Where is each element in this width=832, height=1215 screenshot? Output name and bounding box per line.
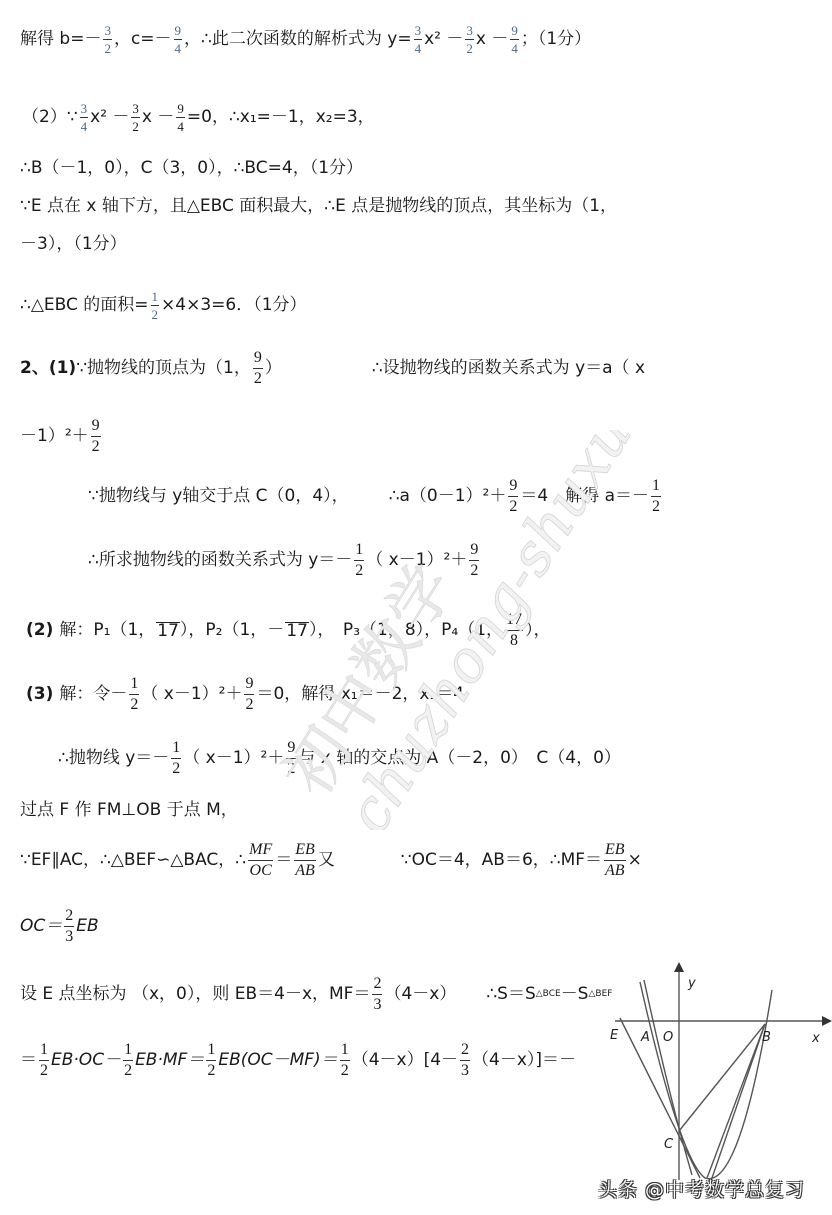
text: ∵EF∥AC，∴△BEF∽△BAC，∴ [20, 852, 246, 869]
point-p2: ），P₂（1，－ [180, 622, 284, 639]
fraction: 32 [131, 102, 140, 133]
text: （2）∵ [22, 109, 78, 126]
fraction: 94 [510, 24, 519, 55]
question-label: 2、(1) [20, 360, 76, 377]
sqrt-value: 17 [285, 622, 309, 640]
q2-part1-line1: 2、(1) ∵抛物线的顶点为（1， 92 ） ∴设抛物线的函数关系式为 y＝a（… [20, 350, 645, 387]
text: （ x－1）²＋ [366, 552, 467, 569]
solution-line-roots: （2）∵ 34 x² － 32 x － 94 =0，∴x₁=－1，x₂=3， [22, 102, 375, 133]
fraction: 34 [80, 102, 89, 133]
text: ，c=－ [114, 31, 172, 48]
q2-part3-line4: ∵EF∥AC，∴△BEF∽△BAC，∴ MFOC ＝ EBAB 又 ∵OC＝4，… [20, 842, 642, 879]
subscript: △BCE [536, 990, 561, 999]
question-label: (2) [26, 622, 53, 639]
label-x: x [811, 1031, 820, 1046]
fraction: 92 [469, 542, 479, 579]
fraction: 12 [39, 1042, 49, 1079]
text: ＝ [275, 852, 292, 869]
q2-part3-line7: ＝ 12 EB·OC－ 12 EB·MF＝ 12 EB(OC－MF)＝ 12 （… [20, 1042, 576, 1079]
label-B: B [762, 1030, 771, 1045]
text: 解：令－ [59, 686, 127, 703]
text: 设 E 点坐标为 （x，0），则 EB＝4－x，MF＝ [20, 986, 370, 1003]
text: EB·MF＝ [135, 1052, 204, 1069]
x-axis-arrow-icon [822, 1016, 832, 1026]
text: ＝ [20, 1052, 37, 1069]
text: ＝4 解得 a＝－ [520, 488, 649, 505]
fraction: 23 [460, 1042, 470, 1079]
fraction: 32 [103, 24, 112, 55]
text: EB [76, 918, 98, 935]
text: －S [561, 986, 589, 1003]
text: 与 x 轴的交点为 A（－2，0） C（4，0） [298, 750, 621, 767]
text: ×4×3=6．（1分） [161, 297, 307, 314]
text: ∵OC＝4，AB＝6，∴MF＝ [401, 852, 602, 869]
fraction: 92 [286, 740, 296, 777]
label-C: C [664, 1137, 674, 1152]
text: （4－x）[4－ [352, 1052, 458, 1069]
point-p1: P₁（1， [93, 622, 155, 639]
q2-part3-line5: OC＝ 23 EB [20, 908, 99, 945]
fraction: 92 [91, 418, 101, 455]
text: =0，∴x₁=－1，x₂=3， [187, 109, 375, 126]
fraction: 12 [171, 740, 181, 777]
point-p3-p4: ）， P₃（1，8），P₄（1， [309, 622, 503, 639]
text: ∴S＝S [486, 986, 535, 1003]
fraction: 92 [508, 478, 518, 515]
text: x － [142, 109, 174, 126]
text: ，∴此二次函数的解析式为 y= [184, 31, 412, 48]
sqrt-value: 17 [156, 622, 180, 640]
text: 解： [59, 622, 93, 639]
text: EB·OC－ [51, 1052, 121, 1069]
text: ∴抛物线 y＝－ [58, 750, 169, 767]
text: ∴a（0－1）²＋ [389, 488, 507, 505]
solution-line-bc: ∴B（－1，0），C（3，0），∴BC=4，（1分） [20, 160, 363, 177]
fraction: 12 [354, 542, 364, 579]
fraction: 92 [253, 350, 263, 387]
q2-part2-line: (2) P₁（1， 解： P₁（1， 17 ），P₂（1，－ 17 ）， P₃（… [26, 612, 551, 649]
fraction: 12 [123, 1042, 133, 1079]
text: EB(OC－MF)＝ [218, 1052, 337, 1069]
text: 解得 b=－ [20, 31, 101, 48]
fraction: 32 [465, 24, 474, 55]
fraction: 12 [129, 676, 139, 713]
q2-part1-line3: ∵抛物线与 y轴交于点 C（0，4）， ∴a（0－1）²＋ 92 ＝4 解得 a… [88, 478, 663, 515]
q2-part1-line4: ∴所求抛物线的函数关系式为 y＝－ 12 （ x－1）²＋ 92 [88, 542, 481, 579]
text: 又 [318, 852, 335, 869]
fraction: EBAB [604, 842, 626, 879]
fraction: 92 [244, 676, 254, 713]
fraction: 12 [206, 1042, 216, 1079]
label-E: E [610, 1028, 619, 1043]
fraction: 23 [372, 976, 382, 1013]
text: （4－x）]＝－ [472, 1052, 576, 1069]
q2-part1-line2: －1）²＋ 92 [20, 418, 103, 455]
solution-line-vertex-cont: －3），（1分） [20, 236, 127, 253]
text: x － [476, 31, 508, 48]
solution-line-vertex: ∵E 点在 x 轴下方，且△EBC 面积最大，∴E 点是抛物线的顶点，其坐标为（… [20, 198, 617, 215]
fraction: 94 [174, 24, 183, 55]
text: ∵抛物线的顶点为（1， [76, 360, 251, 377]
label-y: y [687, 976, 696, 991]
fraction: EBAB [294, 842, 316, 879]
text: ） [265, 360, 282, 377]
fraction: 12 [651, 478, 661, 515]
text: ∵抛物线与 y轴交于点 C（0，4）， [88, 488, 349, 505]
text: ∴设抛物线的函数关系式为 y＝a（ x [372, 360, 645, 377]
label-O: O [663, 1030, 673, 1045]
solution-line-area: ∴△EBC 的面积= 12 ×4×3=6．（1分） [20, 290, 307, 321]
parabola-curve [640, 982, 772, 1179]
text: （ x－1）²＋ [141, 686, 242, 703]
text: －1）²＋ [20, 428, 89, 445]
fraction: 12 [151, 290, 160, 321]
q2-part3-line2: ∴抛物线 y＝－ 12 （ x－1）²＋ 92 与 x 轴的交点为 A（－2，0… [58, 740, 621, 777]
parabola-diagram: y E A O B x C [600, 960, 832, 1190]
label-A: A [640, 1030, 650, 1045]
fraction: 178 [505, 612, 523, 649]
text: x² － [424, 31, 463, 48]
fraction: 34 [414, 24, 423, 55]
text: ∴所求抛物线的函数关系式为 y＝－ [88, 552, 352, 569]
y-axis-arrow-icon [674, 962, 684, 972]
text: （ x－1）²＋ [183, 750, 284, 767]
text: ）， [525, 622, 551, 639]
fraction: 23 [64, 908, 74, 945]
text: × [628, 852, 642, 869]
text: （4－x） [384, 986, 456, 1003]
question-label: (3) [26, 686, 53, 703]
text: x² － [90, 109, 129, 126]
text: OC＝ [20, 918, 62, 935]
q2-part3-line3: 过点 F 作 FM⊥OB 于点 M， [20, 802, 238, 819]
solution-line-b-c: 解得 b=－ 32 ，c=－ 94 ，∴此二次函数的解析式为 y= 34 x² … [20, 24, 591, 55]
q2-part3-line6: 设 E 点坐标为 （x，0），则 EB＝4－x，MF＝ 23 （4－x） ∴S＝… [20, 976, 612, 1013]
q2-part3-line1: (3) 解：令－ 12 （ x－1）²＋ 92 ＝0，解得 x₁＝－2，x₁＝4 [26, 676, 464, 713]
score-text: ；（1分） [521, 31, 591, 48]
fraction: 94 [176, 102, 185, 133]
source-caption: 头条 @中考数学总复习 [598, 1175, 805, 1202]
text: ∴△EBC 的面积= [20, 297, 149, 314]
fraction: MFOC [248, 842, 273, 879]
text: ＝0，解得 x₁＝－2，x₁＝4 [256, 686, 464, 703]
fraction: 12 [340, 1042, 350, 1079]
